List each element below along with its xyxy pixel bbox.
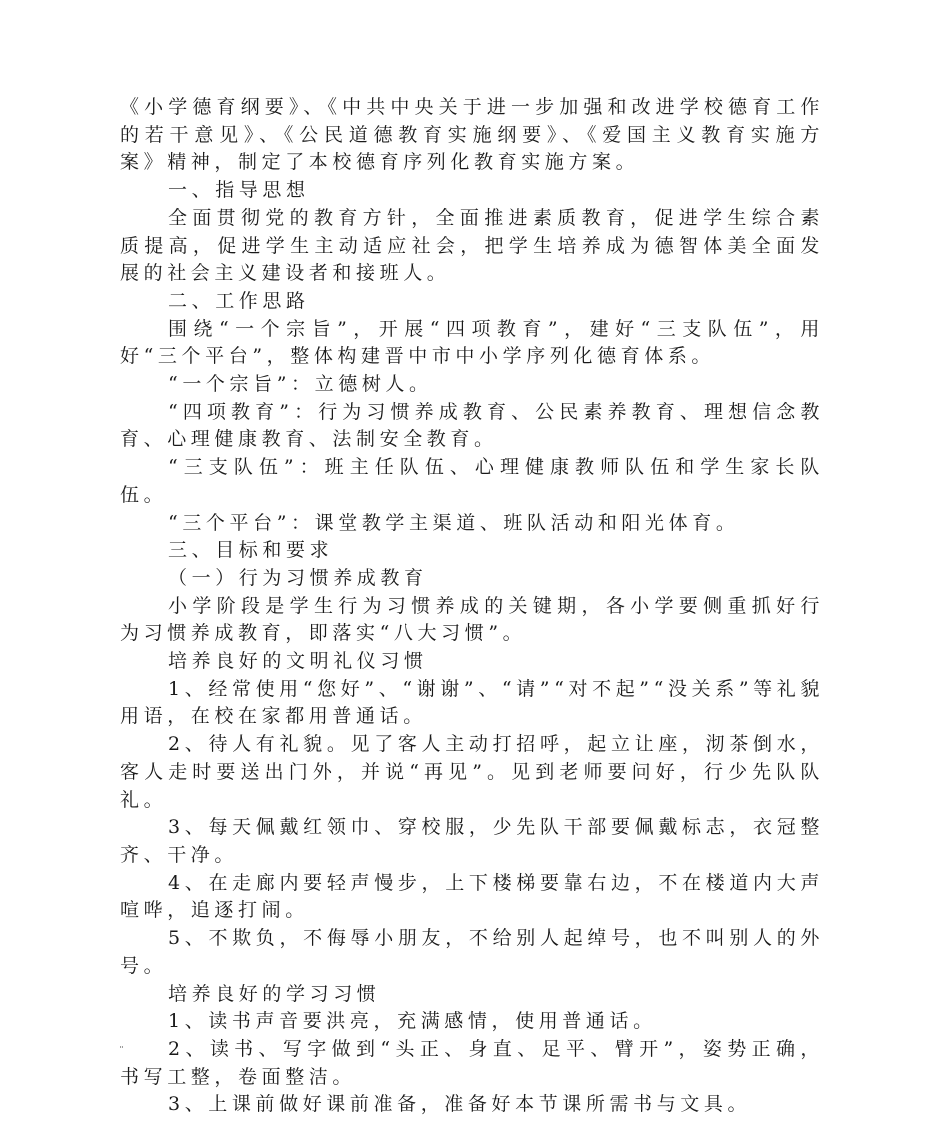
section-heading-guiding-thought: 一、指导思想 — [120, 177, 824, 205]
list-item-study-2: 2、读书、写字做到“头正、身直、足平、臂开”，姿势正确，书写工整，卷面整洁。 — [120, 1036, 824, 1091]
list-item-etiquette-2: 2、待人有礼貌。见了客人主动打招呼，起立让座，沏茶倒水，客人走时要送出门外，并说… — [120, 731, 824, 814]
list-item-study-1: 1、读书声音要洪亮，充满感情，使用普通话。 — [120, 1008, 824, 1036]
section-heading-goals: 三、目标和要求 — [120, 537, 824, 565]
paragraph-work-approach: 围绕“一个宗旨”，开展“四项教育”，建好“三支队伍”，用好“三个平台”，整体构建… — [120, 316, 824, 371]
document-page: 《小学德育纲要》、《中共中央关于进一步加强和改进学校德育工作的若干意见》、《公民… — [120, 94, 824, 1119]
list-item-etiquette-3: 3、每天佩戴红领巾、穿校服，少先队干部要佩戴标志，衣冠整齐、干净。 — [120, 814, 824, 869]
paragraph-guiding-thought: 全面贯彻党的教育方针，全面推进素质教育，促进学生综合素质提高，促进学生主动适应社… — [120, 205, 824, 288]
subsection-heading-habits: （一）行为习惯养成教育 — [120, 565, 824, 593]
footer-mark: ¨ — [119, 1046, 124, 1057]
paragraph-four-educations: “四项教育”：行为习惯养成教育、公民素养教育、理想信念教育、心理健康教育、法制安… — [120, 399, 824, 454]
paragraph-three-platforms: “三个平台”：课堂教学主渠道、班队活动和阳光体育。 — [120, 510, 824, 538]
list-item-etiquette-1: 1、经常使用“您好”、“谢谢”、“请”“对不起”“没关系”等礼貌用语，在校在家都… — [120, 676, 824, 731]
list-item-study-3: 3、上课前做好课前准备，准备好本节课所需书与文具。 — [120, 1091, 824, 1119]
paragraph-habits-intro: 小学阶段是学生行为习惯养成的关键期，各小学要侧重抓好行为习惯养成教育，即落实“八… — [120, 593, 824, 648]
list-item-etiquette-5: 5、不欺负，不侮辱小朋友，不给别人起绰号，也不叫别人的外号。 — [120, 925, 824, 980]
subheading-etiquette-habits: 培养良好的文明礼仪习惯 — [120, 648, 824, 676]
paragraph-three-teams: “三支队伍”：班主任队伍、心理健康教师队伍和学生家长队伍。 — [120, 454, 824, 509]
list-item-etiquette-4: 4、在走廊内要轻声慢步，上下楼梯要靠右边，不在楼道内大声喧哗，追逐打闹。 — [120, 870, 824, 925]
subheading-study-habits: 培养良好的学习习惯 — [120, 981, 824, 1009]
intro-paragraph: 《小学德育纲要》、《中共中央关于进一步加强和改进学校德育工作的若干意见》、《公民… — [120, 94, 824, 177]
paragraph-one-purpose: “一个宗旨”：立德树人。 — [120, 371, 824, 399]
section-heading-work-approach: 二、工作思路 — [120, 288, 824, 316]
